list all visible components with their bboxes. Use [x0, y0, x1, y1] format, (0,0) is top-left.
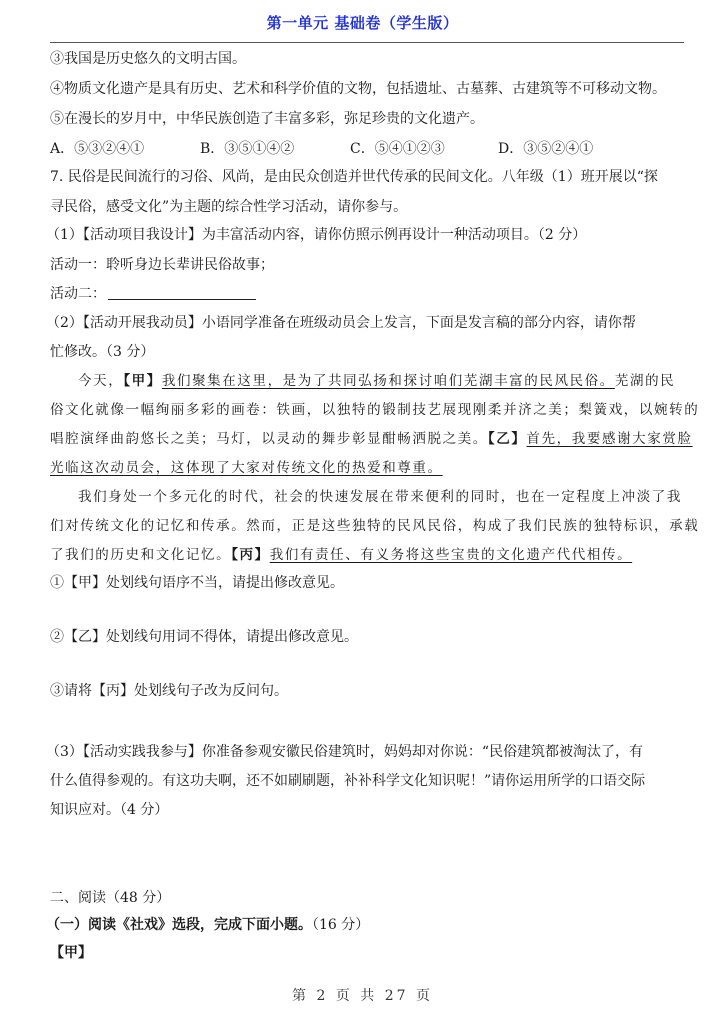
q7-part3-line3: 知识应对。（4 分）	[50, 800, 684, 820]
header-divider	[50, 42, 684, 43]
q7-intro-line1: 7. 民俗是民间流行的习俗、风尚，是由民众创造并世代传承的民间文化。八年级（1）…	[50, 167, 684, 187]
mark-bing: 【丙】	[231, 547, 270, 563]
q7-part2-prompt-line1: （2）【活动开展我动员】小语同学准备在班级动员会上发言，下面是发言稿的部分内容，…	[46, 313, 680, 333]
speech-p1-line1: 今天，【甲】我们聚集在这里，是为了共同弘扬和探讨咱们芜湖丰富的民风民俗。芜湖的民	[78, 371, 712, 391]
section2-subtitle-score: （16 分）	[312, 917, 369, 933]
page-footer: 第 2 页 共 27 页	[0, 985, 725, 1005]
activity-2: 活动二：	[50, 284, 684, 304]
activity-2-label: 活动二：	[50, 286, 106, 302]
statement-3: ③我国是历史悠久的文明古国。	[50, 49, 684, 69]
option-b[interactable]: B．③⑤①④②	[200, 138, 294, 158]
option-c[interactable]: C．⑤④①②③	[350, 138, 445, 158]
speech-p1-line3: 唱腔演绎曲韵悠长之美；马灯，以灵动的舞步彰显酣畅洒脱之美。【乙】首先，我要感谢大…	[50, 429, 684, 449]
speech-text: 了我们的历史和文化记忆。	[50, 547, 231, 563]
sub-question-1: ①【甲】处划线句语序不当，请提出修改意见。	[50, 573, 684, 593]
sub-question-3: ③请将【丙】处划线句子改为反问句。	[50, 681, 684, 701]
page-header-title: 第一单元 基础卷（学生版）	[0, 12, 725, 33]
section2-title: 二、阅读（48 分）	[50, 888, 684, 908]
sub-question-2: ②【乙】处划线句用词不得体，请提出修改意见。	[50, 627, 684, 647]
section2-subtitle: （一）阅读《社戏》选段，完成下面小题。（16 分）	[46, 915, 680, 935]
q7-intro-line2: 寻民俗，感受文化”为主题的综合性学习活动，请你参与。	[50, 197, 684, 217]
speech-text: 今天，	[78, 373, 123, 389]
speech-p2-line3: 了我们的历史和文化记忆。【丙】我们有责任、有义务将这些宝贵的文化遗产代代相传。	[50, 545, 684, 565]
underlined-sentence-yi: 首先，我要感谢大家赏脸	[526, 431, 692, 447]
speech-p2-line2: 们对传统文化的记忆和传承。然而，正是这些独特的民风民俗，构成了我们民族的独特标识…	[50, 516, 684, 536]
mark-yi: 【乙】	[488, 431, 527, 447]
speech-p1-line2: 俗文化就像一幅绚丽多彩的画卷：铁画，以独特的锻制技艺展现刚柔并济之美；梨簧戏，以…	[50, 400, 684, 420]
option-d[interactable]: D．③⑤②④①	[498, 138, 593, 158]
q7-part2-prompt-line2: 忙修改。（3 分）	[50, 342, 684, 362]
statement-5: ⑤在漫长的岁月中，中华民族创造了丰富多彩，弥足珍贵的文化遗产。	[50, 109, 684, 129]
statement-4: ④物质文化遗产是具有历史、艺术和科学价值的文物，包括遗址、古墓葬、古建筑等不可移…	[50, 79, 684, 99]
speech-text: 芜湖的民	[615, 373, 675, 389]
q7-part3-line1: （3）【活动实践我参与】你准备参观安徽民俗建筑时，妈妈却对你说：“民俗建筑都被淘…	[46, 742, 680, 762]
underlined-sentence-yi-cont: 光临这次动员会，这体现了大家对传统文化的热爱和尊重。	[50, 460, 443, 476]
speech-text: 唱腔演绎曲韵悠长之美；马灯，以灵动的舞步彰显酣畅洒脱之美。	[50, 431, 488, 447]
q7-part1-prompt: （1）【活动项目我设计】为丰富活动内容，请你仿照示例再设计一种活动项目。（2 分…	[46, 225, 680, 245]
mark-jia: 【甲】	[123, 373, 162, 389]
option-a[interactable]: A．⑤③②④①	[50, 138, 144, 158]
speech-p2-line1: 我们身处一个多元化的时代，社会的快速发展在带来便利的同时，也在一定程度上冲淡了我	[78, 487, 712, 507]
q7-part3-line2: 什么值得参观的。有这功夫啊，还不如刷刷题，补补科学文化知识呢！”请你运用所学的口…	[50, 771, 684, 791]
activity-2-blank[interactable]	[108, 285, 256, 300]
speech-p1-line4: 光临这次动员会，这体现了大家对传统文化的热爱和尊重。	[50, 458, 684, 478]
section2-subtitle-text: （一）阅读《社戏》选段，完成下面小题。	[46, 917, 312, 933]
underlined-sentence-bing: 我们有责任、有义务将这些宝贵的文化遗产代代相传。	[270, 547, 632, 563]
passage-mark-jia: 【甲】	[50, 943, 684, 963]
activity-1: 活动一：聆听身边长辈讲民俗故事；	[50, 255, 684, 275]
underlined-sentence-jia: 我们聚集在这里，是为了共同弘扬和探讨咱们芜湖丰富的民风民俗。	[162, 373, 615, 389]
